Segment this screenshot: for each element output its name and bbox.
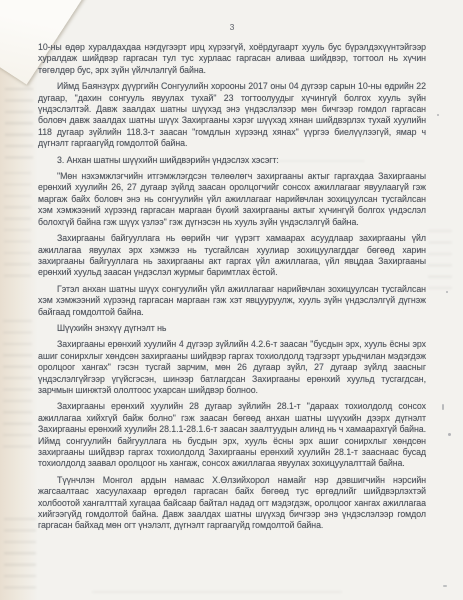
paragraph-court-quote: "Мөн нэхэмжлэгчийн итгэмжлэгдсэн төлөөлө… [38,171,426,228]
scan-bleed-artifact [4,518,36,590]
scan-bleed-artifact [428,230,452,292]
paper-left-edge [0,0,38,600]
paragraph-admin-body: Захиргааны байгууллага нь өөрийн чиг үүр… [38,233,426,279]
scan-speck [443,585,447,587]
paragraph-law-article-4: Захиргааны ерөнхий хуулийн 4 дүгээр зүйл… [38,339,426,396]
section-heading: 3. Анхан шатны шүүхийн шийдвэрийн үндэсл… [38,155,426,166]
document-page: 3 10-ны өдөр хуралдахдаа нэгдүгээрт ирц … [0,0,463,600]
scan-bleed-artifact [3,320,32,450]
subheading-line: Шүүхийн энэхүү дүгнэлт нь [38,323,426,334]
scan-speck [437,114,439,116]
page-number: 3 [38,22,426,32]
scan-bleed-artifact [4,172,31,282]
document-body: 10-ны өдөр хуралдахдаа нэгдүгээрт ирц хү… [38,42,426,537]
paragraph-candidate-complaint: Түүнчлэн Монгол ардын намаас Х.Өлзийхоро… [38,475,426,532]
scan-speck [446,291,448,293]
scan-speck [448,433,451,436]
paragraph-conclusion-appeal: Иймд Баянзүрх дүүргийн Сонгуулийн хороон… [38,81,426,149]
paragraph-continuation: 10-ны өдөр хуралдахдаа нэгдүгээрт ирц хү… [38,42,426,76]
paragraph-law-article-28: Захиргааны ерөнхий хуулийн 28 дугаар зүй… [38,401,426,469]
paragraph-first-instance-critique: Гэтэл анхан шатны шүүх сонгуулийн үйл аж… [38,284,426,318]
scan-bleed-artifact [5,88,33,168]
scan-speck [442,404,444,410]
scan-bleed-artifact [92,591,342,599]
